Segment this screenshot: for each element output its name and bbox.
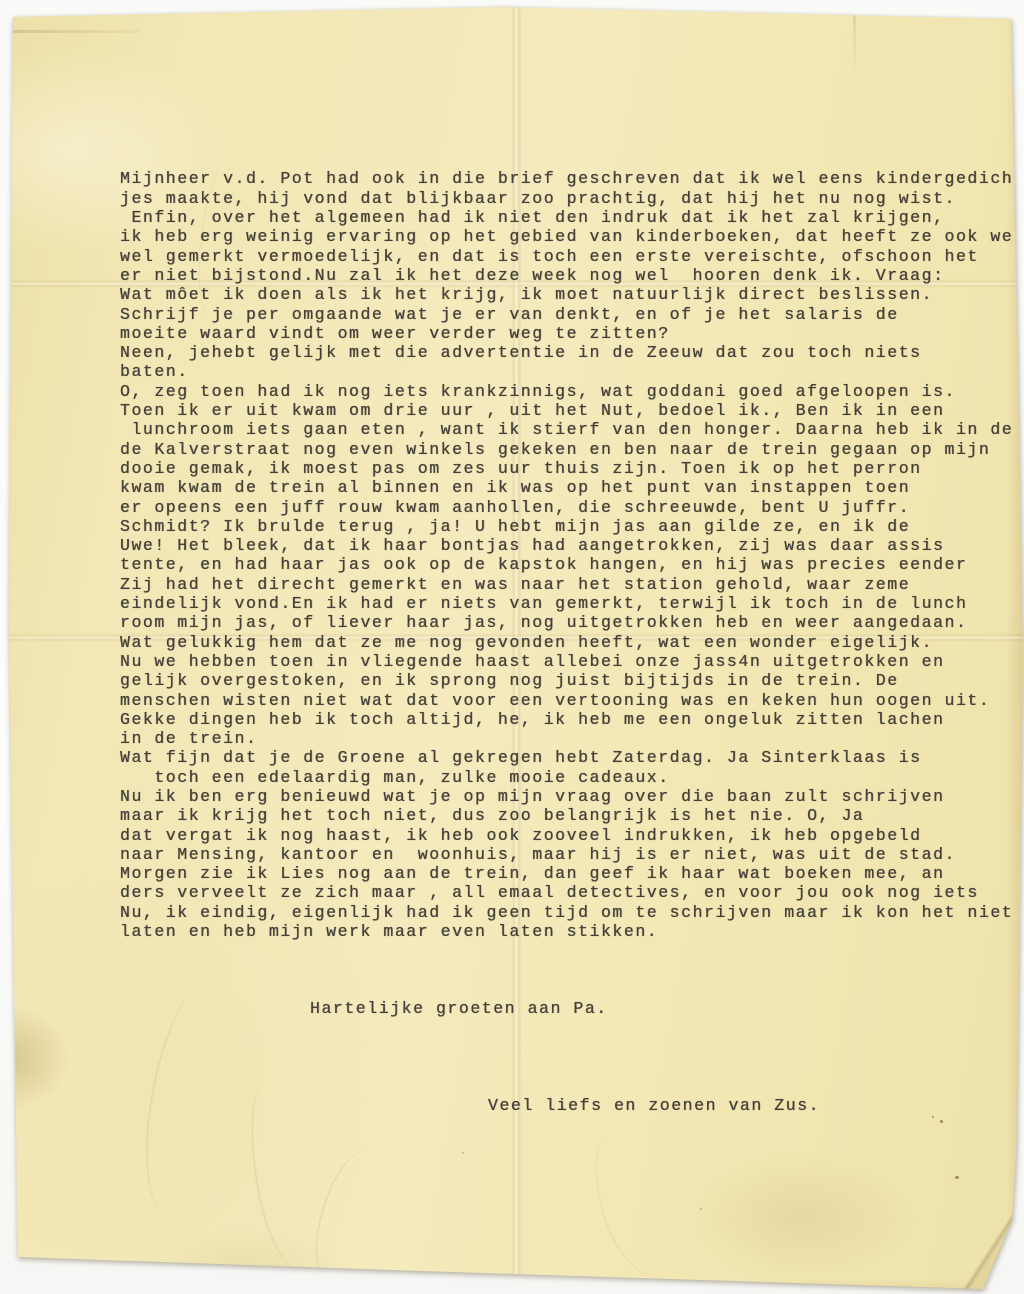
letter-line: ders verveelt ze zich maar , all emaal d… — [120, 883, 1024, 902]
letter-line: room mijn jas, of liever haar jas, nog u… — [120, 613, 1024, 632]
top-left-crease — [8, 30, 140, 33]
paper-wrinkle — [304, 1145, 398, 1294]
signature-line: Veel liefs en zoenen van Zus. — [120, 1096, 1024, 1115]
letter-line: Schmidt? Ik brulde terug , ja! U hebt mi… — [120, 517, 1024, 536]
ink-speck — [955, 1176, 959, 1179]
letter-line: Wat gelukkig hem dat ze me nog gevonden … — [120, 633, 1024, 652]
letter-line: Neen, jehebt gelijk met die advertentie … — [120, 343, 1024, 362]
letter-line: Mijnheer v.d. Pot had ook in die brief g… — [120, 169, 1024, 188]
ink-speck — [700, 1208, 702, 1210]
letter-line: Zij had het direcht gemerkt en was naar … — [120, 575, 1024, 594]
letter-line: maar ik krijg het toch niet, dus zoo bel… — [120, 806, 1024, 825]
letter-line: toch een edelaardig man, zulke mooie cad… — [120, 768, 1024, 787]
letter-body: Mijnheer v.d. Pot had ook in die brief g… — [120, 112, 1024, 942]
letter-line: naar Mensing, kantoor en woonhuis, maar … — [120, 845, 1024, 864]
letter-line: baten. — [120, 362, 1024, 381]
letter-line: Uwe! Het bleek, dat ik haar bontjas had … — [120, 536, 1024, 555]
folded-corner-bottom-right — [958, 1200, 1024, 1294]
top-right-crease — [853, 0, 856, 74]
letter-line: Schrijf je per omgaande wat je er van de… — [120, 305, 1024, 324]
letter-line: de Kalverstraat nog even winkels gekeken… — [120, 440, 1024, 459]
letter-line: in de trein. — [120, 729, 1024, 748]
closing-line: Hartelijke groeten aan Pa. — [120, 999, 1024, 1018]
letter-line: Nu we hebben toen in vliegende haast all… — [120, 652, 1024, 671]
letter-line: ik heb erg weinig ervaring op het gebied… — [120, 227, 1024, 246]
letter-line: eindelijk vond.En ik had er niets van ge… — [120, 594, 1024, 613]
letter-line: Wat môet ik doen als ik het krijg, ik mo… — [120, 285, 1024, 304]
letter-line: tente, en had haar jas ook op de kapstok… — [120, 555, 1024, 574]
letter-line: kwam kwam de trein al binnen en ik was o… — [120, 478, 1024, 497]
letter-line: gelijk overgestoken, en ik sprong nog ju… — [120, 671, 1024, 690]
letter-line: Nu, ik eindig, eigenlijk had ik geen tij… — [120, 903, 1024, 922]
letter-line: O, zeg toen had ik nog iets krankzinnigs… — [120, 382, 1024, 401]
letter-line: er niet bijstond.Nu zal ik het deze week… — [120, 266, 1024, 285]
letter-line: dooie gemak, ik moest pas om zes uur thu… — [120, 459, 1024, 478]
letter-line: Toen ik er uit kwam om drie uur , uit he… — [120, 401, 1024, 420]
letter-line: er opeens een juff rouw kwam aanhollen, … — [120, 498, 1024, 517]
letter-text: Mijnheer v.d. Pot had ook in die brief g… — [120, 73, 1024, 1154]
letter-line: Wat fijn dat je de Groene al gekregen he… — [120, 748, 1024, 767]
letter-line: Gekke dingen heb ik toch altijd, he, ik … — [120, 710, 1024, 729]
letter-line: jes maakte, hij vond dat blijkbaar zoo p… — [120, 189, 1024, 208]
letter-line: Enfin, over het algemeen had ik niet den… — [120, 208, 1024, 227]
letter-line: wel gemerkt vermoedelijk, en dat is toch… — [120, 247, 1024, 266]
letter-page: Mijnheer v.d. Pot had ook in die brief g… — [0, 0, 1024, 1294]
letter-line: dat vergat ik nog haast, ik heb ook zoov… — [120, 826, 1024, 845]
letter-line: Nu ik ben erg benieuwd wat je op mijn vr… — [120, 787, 1024, 806]
letter-line: laten en heb mijn werk maar even laten s… — [120, 922, 1024, 941]
letter-line: moeite waard vindt om weer verder weg te… — [120, 324, 1024, 343]
letter-line: lunchroom iets gaan eten , want ik stier… — [120, 420, 1024, 439]
letter-line: Morgen zie ik Lies nog aan de trein, dan… — [120, 864, 1024, 883]
paper-sheet: Mijnheer v.d. Pot had ook in die brief g… — [0, 0, 1024, 1294]
scanner-background: Mijnheer v.d. Pot had ook in die brief g… — [0, 0, 1024, 1294]
letter-line: menschen wisten niet wat dat voor een ve… — [120, 691, 1024, 710]
